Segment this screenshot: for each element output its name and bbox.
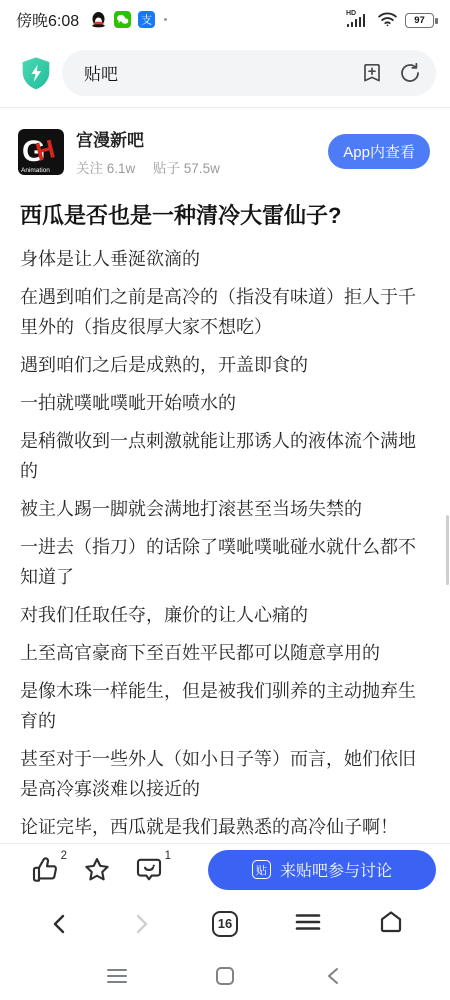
post-paragraph: 甚至对于一些外人（如小日子等）而言，她们依旧是高冷寡淡难以接近的 — [20, 744, 430, 804]
security-shield-icon[interactable] — [20, 56, 52, 90]
post-action-bar: 2 1 贴 来贴吧参与讨论 — [0, 843, 450, 895]
wechat-icon — [114, 11, 131, 28]
post-paragraph: 在遇到咱们之前是高冷的（指没有味道）拒人于千里外的（指皮很厚大家不想吃） — [20, 282, 430, 342]
tab-count: 16 — [212, 911, 238, 937]
post-paragraph: 遇到咱们之后是成熟的，开盖即食的 — [20, 350, 430, 380]
forum-header: G H Animation 宫漫新吧 关注 6.1w 贴子 57.5w App内… — [0, 108, 450, 177]
comment-button[interactable]: 1 — [134, 855, 164, 885]
open-in-app-button[interactable]: App内查看 — [328, 134, 430, 169]
post-paragraph: 身体是让人垂涎欲滴的 — [20, 244, 430, 274]
forward-button[interactable] — [119, 901, 165, 947]
avatar-caption: Animation — [21, 167, 50, 174]
post-paragraph: 上至高官豪商下至百姓平民都可以随意享用的 — [20, 638, 430, 668]
home-button[interactable] — [368, 901, 414, 947]
qq-icon — [90, 11, 107, 28]
comment-smiley-icon — [134, 873, 164, 888]
phone-screen: 傍晚6:08 支 HD 97 — [0, 0, 450, 1000]
post-stat: 贴子 57.5w — [153, 161, 220, 176]
clock: 傍晚6:08 — [16, 8, 79, 31]
forum-stats: 关注 6.1w 贴子 57.5w — [76, 157, 328, 177]
post-paragraph: 一拍就噗呲噗呲开始喷水的 — [20, 388, 430, 418]
cell-signal-icon: HD — [346, 10, 370, 28]
alipay-icon: 支 — [138, 11, 155, 28]
post-title: 西瓜是否也是一种清冷大雷仙子? — [0, 177, 450, 231]
svg-text:支: 支 — [141, 12, 152, 26]
home-icon — [378, 909, 404, 938]
refresh-icon[interactable] — [398, 61, 422, 85]
scrollbar-thumb[interactable] — [446, 515, 449, 585]
post-paragraph: 论证完毕，西瓜就是我们最熟悉的高冷仙子啊！ — [20, 812, 430, 842]
battery-icon: 97 — [405, 13, 434, 28]
system-back-button[interactable] — [315, 958, 351, 994]
browser-toolbar: 贴吧 — [0, 38, 450, 108]
post-paragraph: 被主人踢一脚就会满地打滚甚至当场失禁的 — [20, 494, 430, 524]
tabs-button[interactable]: 16 — [202, 901, 248, 947]
post-paragraph: 一进去（指刀）的话除了噗呲噗呲碰水就什么都不知道了 — [20, 532, 430, 592]
tieba-logo-icon: 贴 — [252, 860, 271, 879]
thumbs-up-icon — [30, 873, 60, 888]
notification-dot-icon — [164, 18, 167, 21]
status-bar: 傍晚6:08 支 HD 97 — [0, 0, 450, 38]
join-discussion-button[interactable]: 贴 来贴吧参与讨论 — [208, 850, 436, 890]
wifi-icon — [377, 10, 398, 28]
join-discussion-label: 来贴吧参与讨论 — [280, 858, 392, 881]
address-text[interactable]: 贴吧 — [84, 60, 346, 85]
system-nav-bar — [0, 952, 450, 1000]
forum-avatar[interactable]: G H Animation — [18, 129, 64, 175]
post-body: 身体是让人垂涎欲滴的 在遇到咱们之前是高冷的（指没有味道）拒人于千里外的（指皮很… — [0, 231, 450, 842]
battery-percent: 97 — [414, 15, 425, 26]
system-menu-button[interactable] — [99, 958, 135, 994]
address-bar[interactable]: 贴吧 — [62, 50, 436, 96]
star-icon — [82, 873, 112, 888]
add-bookmark-icon[interactable] — [360, 61, 384, 85]
like-button[interactable]: 2 — [30, 855, 60, 885]
follow-stat: 关注 6.1w — [76, 161, 135, 176]
post-paragraph: 是稍微收到一点刺激就能让那诱人的液体流个满地的 — [20, 426, 430, 486]
back-button[interactable] — [36, 901, 82, 947]
system-recents-button[interactable] — [207, 958, 243, 994]
post-paragraph: 是像木珠一样能生，但是被我们驯养的主动抛弃生育的 — [20, 676, 430, 736]
browser-nav-bar: 16 — [0, 895, 450, 952]
menu-button[interactable] — [285, 901, 331, 947]
comment-count: 1 — [165, 850, 171, 862]
favorite-button[interactable] — [82, 855, 112, 885]
post-paragraph: 对我们任取任夺，廉价的让人心痛的 — [20, 600, 430, 630]
forum-name[interactable]: 宫漫新吧 — [76, 126, 328, 151]
page-content: G H Animation 宫漫新吧 关注 6.1w 贴子 57.5w App内… — [0, 108, 450, 843]
like-count: 2 — [61, 850, 67, 862]
hamburger-icon — [294, 911, 322, 936]
